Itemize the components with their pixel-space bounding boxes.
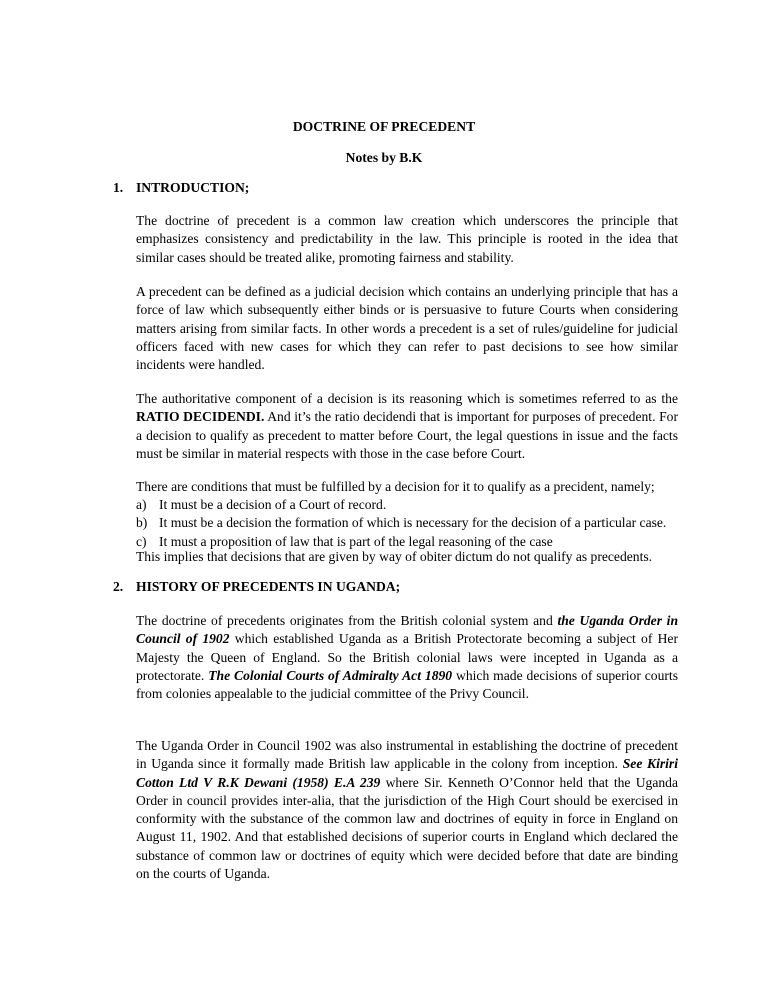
- text-run: where Sir. Kenneth O’Connor held that th…: [136, 775, 678, 881]
- text-run: The doctrine of precedents originates fr…: [136, 613, 557, 628]
- document-title: DOCTRINE OF PRECEDENT: [0, 119, 768, 135]
- conditions-intro: There are conditions that must be fulfil…: [136, 478, 678, 496]
- section-title: INTRODUCTION;: [136, 180, 249, 195]
- section-number: 2.: [113, 579, 136, 595]
- section-title: HISTORY OF PRECEDENTS IN UGANDA;: [136, 579, 400, 594]
- document-subtitle: Notes by B.K: [0, 150, 768, 166]
- intro-paragraph-1: The doctrine of precedent is a common la…: [136, 212, 678, 267]
- ratio-decidendi-term: RATIO DECIDENDI.: [136, 409, 264, 424]
- condition-text: It must a proposition of law that is par…: [159, 534, 553, 549]
- obiter-dictum-note: This implies that decisions that are giv…: [136, 548, 678, 566]
- condition-item: a)It must be a decision of a Court of re…: [136, 496, 696, 514]
- intro-paragraph-ratio: The authoritative component of a decisio…: [136, 390, 678, 463]
- conditions-list: a)It must be a decision of a Court of re…: [136, 496, 696, 551]
- condition-item: b)It must be a decision the formation of…: [136, 514, 696, 532]
- document-page: DOCTRINE OF PRECEDENT Notes by B.K 1.INT…: [0, 0, 768, 994]
- condition-text: It must be a decision of a Court of reco…: [159, 497, 386, 512]
- text-run: The Uganda Order in Council 1902 was als…: [136, 738, 678, 771]
- list-marker: a): [136, 496, 147, 514]
- section-heading-history: 2.HISTORY OF PRECEDENTS IN UGANDA;: [113, 579, 400, 595]
- section-number: 1.: [113, 180, 136, 196]
- ratio-text-before: The authoritative component of a decisio…: [136, 391, 678, 406]
- admiralty-act-citation: The Colonial Courts of Admiralty Act 189…: [208, 668, 452, 683]
- history-paragraph-2: The Uganda Order in Council 1902 was als…: [136, 737, 678, 883]
- section-heading-introduction: 1.INTRODUCTION;: [113, 180, 249, 196]
- list-marker: b): [136, 514, 147, 532]
- intro-paragraph-2: A precedent can be defined as a judicial…: [136, 283, 678, 374]
- condition-text: It must be a decision the formation of w…: [159, 515, 666, 530]
- history-paragraph-1: The doctrine of precedents originates fr…: [136, 612, 678, 703]
